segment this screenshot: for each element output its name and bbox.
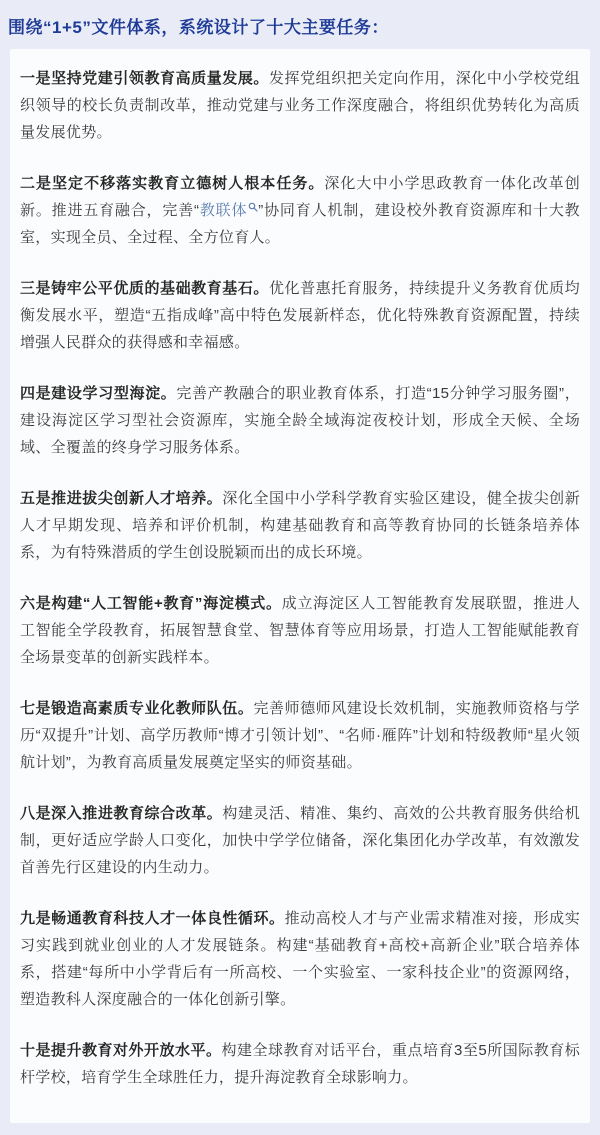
term-link-label: 教联体 — [199, 202, 247, 219]
task-lead: 七是锻造高素质专业化教师队伍。 — [20, 700, 253, 717]
task-paragraph-1: 一是坚持党建引领教育高质量发展。发挥党组织把关定向作用，深化中小学校党组织领导的… — [20, 65, 580, 146]
task-paragraph-2: 二是坚定不移落实教育立德树人根本任务。深化大中小学思政教育一体化改革创新。推进五… — [20, 170, 580, 251]
task-lead: 三是铸牢公平优质的基础教育基石。 — [20, 280, 269, 297]
task-paragraph-10: 十是提升教育对外开放水平。构建全球教育对话平台，重点培育3至5所国际教育标杆学校… — [20, 1037, 580, 1091]
page-title: 围绕“1+5”文件体系，系统设计了十大主要任务： — [0, 0, 600, 49]
task-lead: 十是提升教育对外开放水平。 — [20, 1042, 222, 1059]
task-paragraph-7: 七是锻造高素质专业化教师队伍。完善师德师风建设长效机制，实施教师资格与学历“双提… — [20, 695, 580, 776]
task-lead: 四是建设学习型海淀。 — [20, 385, 176, 402]
task-lead: 九是畅通教育科技人才一体良性循环。 — [20, 910, 285, 927]
task-lead: 八是深入推进教育综合改革。 — [20, 805, 222, 822]
task-lead: 六是构建“人工智能+教育”海淀模式。 — [20, 595, 282, 612]
article-page: 围绕“1+5”文件体系，系统设计了十大主要任务： 一是坚持党建引领教育高质量发展… — [0, 0, 600, 1135]
task-lead: 一是坚持党建引领教育高质量发展。 — [20, 70, 269, 87]
task-paragraph-5: 五是推进拔尖创新人才培养。深化全国中小学科学教育实验区建设，健全拔尖创新人才早期… — [20, 485, 580, 566]
task-lead: 五是推进拔尖创新人才培养。 — [20, 490, 222, 507]
content-card: 一是坚持党建引领教育高质量发展。发挥党组织把关定向作用，深化中小学校党组织领导的… — [10, 49, 590, 1123]
task-lead: 二是坚定不移落实教育立德树人根本任务。 — [20, 175, 324, 192]
task-paragraph-3: 三是铸牢公平优质的基础教育基石。优化普惠托育服务，持续提升义务教育优质均衡发展水… — [20, 275, 580, 356]
task-paragraph-4: 四是建设学习型海淀。完善产教融合的职业教育体系，打造“15分钟学习服务圈”，建设… — [20, 380, 580, 461]
task-paragraph-9: 九是畅通教育科技人才一体良性循环。推动高校人才与产业需求精准对接，形成实习实践到… — [20, 905, 580, 1013]
task-paragraph-6: 六是构建“人工智能+教育”海淀模式。成立海淀区人工智能教育发展联盟，推进人工智能… — [20, 590, 580, 671]
search-icon — [248, 202, 258, 212]
task-paragraph-8: 八是深入推进教育综合改革。构建灵活、精准、集约、高效的公共教育服务供给机制，更好… — [20, 800, 580, 881]
term-link-jiaoliangti[interactable]: 教联体 — [199, 202, 258, 219]
